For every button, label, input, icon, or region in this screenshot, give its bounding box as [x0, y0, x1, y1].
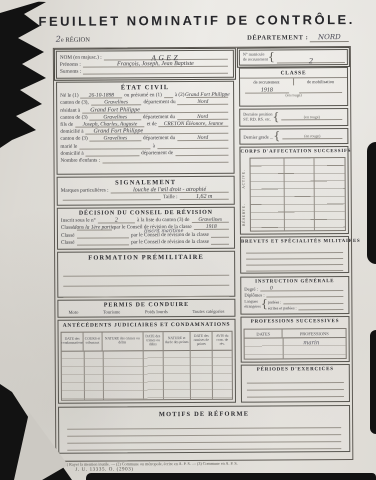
form-frame: NOM (en majusc.) : AGEZ Prénoms : Franço… [56, 49, 350, 459]
professions-section: PROFESSIONS SUCCESSIVES DATES PROFESSION… [240, 316, 349, 363]
derniere-position-brace: { [272, 112, 279, 122]
langues-block: Langues étrangères { parlées : écrites e… [244, 298, 345, 311]
matricule-value: 2 [309, 58, 313, 63]
residant-label: résidant à [60, 107, 80, 113]
marie-a-label: à [153, 143, 155, 149]
dernier-grade-fill [282, 138, 342, 139]
region-label: e RÉGION [61, 37, 90, 44]
residant-value: Grand Fort Philippe [90, 108, 140, 113]
formation-fill1 [63, 268, 229, 277]
classe3-line: Classé par le Conseil de révision de la … [61, 237, 231, 245]
matricule-brace: { [268, 52, 275, 62]
motifs-title: MOTIFS DE RÉFORME [59, 410, 349, 419]
taille-fill: 1,62 m [180, 192, 229, 200]
region-field: 2e RÉGION [56, 35, 90, 44]
langues-lines: parlées : écrites et parlées : [268, 298, 346, 310]
surnoms-label: Surnoms : [60, 69, 81, 75]
fils-label: fils de [60, 122, 73, 128]
classe-recrutement-value: 1918 [261, 88, 273, 93]
permis-categories: Moto Tourisme Poids lourds Toutes catégo… [68, 309, 224, 315]
footnote: (1) Rayer la mention inutile. — (2) Comm… [63, 460, 345, 467]
matricule-label: N° matricule de recrutement [243, 53, 268, 62]
antecedents-header: DATE des condamnations COURS et tribunau… [62, 332, 232, 352]
classe-recrutement-fill: 1918 [245, 84, 289, 93]
classe1-value: dans la 1ère partie [74, 226, 115, 231]
taille-line: Taille : 1,62 m [61, 193, 231, 201]
ne-label: Né le (1) [60, 93, 78, 99]
ant-col-3: NATURE des crimes ou délits [102, 332, 143, 350]
instruction-section: INSTRUCTION GÉNÉRALE Degré : 0 Diplômes … [240, 276, 349, 315]
ant-col-2: COURS et tribunaux [84, 333, 103, 351]
formation-line3 [61, 289, 231, 297]
brevets-line4 [244, 265, 345, 272]
degre-value: 0 [270, 286, 273, 291]
formation-title: FORMATION PRÉMILITAIRE [58, 254, 234, 262]
professions-col-dates: DATES [245, 329, 283, 337]
classe1-fill: dans la 1ère partie [76, 223, 111, 231]
liste-value: Gravelines [198, 218, 222, 223]
matricule-box: N° matricule de recrutement { 2 [239, 49, 348, 66]
matricule-fill: 2 [277, 51, 345, 63]
dept3-value: Nord [197, 136, 208, 141]
domicilie-label: domicilié à [60, 129, 83, 135]
classe3-fill [77, 237, 130, 246]
corps-side-label-reserve: RÉSERVE. [242, 204, 246, 226]
matricule-label-2: de recrutement [243, 58, 268, 63]
canton2-value: Gravelines [103, 115, 127, 120]
profession-entry: marin [303, 340, 319, 346]
torn-edge-right-upper [367, 142, 376, 264]
prenoms-label: Prénoms : [60, 62, 81, 68]
permis-section: PERMIS DE CONDUIRE Moto Tourisme Poids l… [57, 299, 235, 318]
derniere-position-fill [281, 119, 342, 120]
torn-edge-right-lower [370, 330, 376, 434]
classe2-label: Classé [61, 232, 75, 238]
classe-title: CLASSE [240, 70, 347, 77]
formation-line2 [61, 279, 231, 287]
permis-title: PERMIS DE CONDUIRE [58, 302, 234, 309]
brevets-section: BREVETS ET SPÉCIALITÉS MILITAIRES [240, 236, 349, 274]
classe1-label: Classé [61, 225, 75, 231]
dept2-value: Nord [197, 115, 208, 120]
marques-value: louche de l'œil droit - atrophié [133, 188, 206, 193]
classe-note: (en rouge) [240, 93, 347, 98]
canton3-value: Gravelines [104, 137, 128, 142]
motifs-section: MOTIFS DE RÉFORME [58, 405, 350, 454]
nom-value: AGEZ [151, 55, 180, 60]
scanned-document: FEUILLET NOMINATIF DE CONTRÔLE. 2e RÉGIO… [0, 0, 376, 480]
imprint: J. U. 13335. O. (2903) [75, 467, 133, 472]
classe-box: CLASSE de recrutement de mobilisation 19… [239, 67, 348, 107]
departement-value: NORD [310, 33, 349, 42]
dernier-grade-fill-wrap: (en rouge) [280, 134, 344, 139]
ne-value: 26-10-1898 [89, 94, 114, 99]
professions-rows [245, 337, 346, 359]
dernier-grade-brace: { [273, 131, 280, 141]
permis-cat-poids-lourds: Poids lourds [145, 309, 168, 314]
etat-civil-section: ÉTAT CIVIL Né le (1) 26-10-1898 ou présu… [56, 81, 235, 175]
enfants-label: Nombre d'enfants : [60, 157, 100, 163]
taille-label: Taille : [163, 194, 178, 200]
marques-fill2 [63, 192, 161, 201]
mere-value: CRETON Éléonore, Jeanne [164, 122, 223, 127]
corps-table [249, 157, 345, 232]
periodes-line3 [245, 390, 346, 398]
ecrites-fill [299, 303, 344, 310]
departement-label: DÉPARTEMENT : [247, 34, 308, 41]
ant-col-1: DATE des condamnations [62, 333, 84, 351]
ant-col-6: DATE des remises de peines [191, 332, 213, 350]
year3-fill [211, 236, 229, 244]
lieu-fill: Grand Fort Philippe [186, 90, 228, 98]
derniere-position-label: Dernière position ST. RD. RS. etc. [243, 113, 272, 122]
enfants-line: Nombre d'enfants : [60, 155, 230, 163]
decision-section: DÉCISION DU CONSEIL DE RÉVISION Inscrit … [57, 207, 235, 250]
parlees-label: parlées : [268, 299, 281, 304]
identity-box: NOM (en majusc.) : AGEZ Prénoms : Franço… [56, 50, 234, 79]
decision-note: Inscrit maritime [144, 229, 184, 234]
derniere-position-fill-wrap: (en rouge) [279, 115, 344, 120]
langues-label: Langues étrangères [244, 300, 260, 309]
prenoms-value: François, Joseph, Jean Baptiste [117, 62, 194, 67]
ant-col-5: NATURE et durée des peines [164, 332, 191, 350]
lieu-value: Grand Fort Philippe [185, 93, 230, 98]
page-title: FEUILLET NOMINATIF DE CONTRÔLE. [29, 12, 365, 29]
periodes-title: PÉRIODES D'EXERCICES [242, 367, 349, 373]
domicilie-value: Grand Fort Philippe [94, 129, 144, 134]
mere-fill: CRETON Éléonore, Jeanne [159, 119, 229, 128]
classe-recrutement-line: 1918 [243, 85, 291, 93]
ant-col-4: DATE des crimes ou délits [143, 332, 164, 350]
derniere-position-label-2: ST. RD. RS. etc. [243, 117, 272, 122]
corps-side-label-active: ACTIVE. [242, 170, 246, 189]
liste-label: à la liste du canton (3) de [137, 217, 189, 223]
langues-label-2: étrangères [244, 305, 260, 310]
formation-fill3 [63, 288, 229, 297]
classe-mobilisation-fill [299, 84, 343, 93]
inscrit-value: 2 [115, 219, 118, 224]
classe1-year: 1918 [206, 225, 217, 230]
permis-cat-tourisme: Tourisme [103, 309, 120, 314]
corps-section: CORPS D'AFFECTATION SUCCESSIFS ACTIVE. R… [239, 146, 349, 235]
marie-label: marié le [60, 143, 77, 149]
degre-label: Degré : [244, 286, 258, 291]
motifs-fill4 [67, 441, 341, 451]
classe-mobilisation-line [297, 85, 345, 93]
fils-value: Joseph, Charles, Auguste [83, 122, 138, 127]
departement-field: DÉPARTEMENT : NORD [247, 33, 349, 43]
dept1-value: Nord [197, 100, 208, 105]
professions-table: DATES PROFESSIONS marin [244, 328, 347, 360]
presume-fill [164, 90, 173, 98]
brevets-title: BREVETS ET SPÉCIALITÉS MILITAIRES [241, 239, 348, 245]
canton1-value: Gravelines [104, 101, 128, 106]
antecedents-title: ANTÉCÉDENTS JUDICIAIRES ET CONDAMNATIONS [59, 322, 235, 329]
corps-title: CORPS D'AFFECTATION SUCCESSIFS [240, 149, 347, 155]
formation-section: FORMATION PRÉMILITAIRE [57, 251, 235, 298]
formation-fill2 [63, 278, 229, 287]
torn-edge-bottom [86, 473, 376, 480]
fils-fill: Joseph, Charles, Auguste [75, 119, 145, 128]
permis-cat-toutes: Toutes catégories [192, 309, 224, 314]
derniere-position-box: Dernière position ST. RD. RS. etc. { (en… [239, 108, 348, 127]
antecedents-rows [62, 350, 232, 400]
form-document: FEUILLET NOMINATIF DE CONTRÔLE. 2e RÉGIO… [0, 0, 376, 480]
professions-title: PROFESSIONS SUCCESSIVES [241, 319, 348, 325]
dernier-grade-box: Dernier grade ... { (en rouge) [239, 128, 348, 145]
periodes-section: PÉRIODES D'EXERCICES [241, 364, 350, 403]
ne-line: Né le (1) 26-10-1898 ou présumé en (1) à… [60, 91, 230, 99]
surnoms-line: Surnoms : [60, 67, 230, 75]
dernier-grade-label: Dernier grade ... [243, 134, 273, 139]
classe3-label: Classé [61, 239, 75, 245]
formation-line1 [61, 269, 231, 277]
ecrites-line: écrites et parlées : [268, 304, 346, 310]
motifs-line4 [65, 442, 343, 451]
ant-col-7: AVIS du cons. de rév. [213, 332, 232, 350]
enfants-fill [102, 154, 229, 163]
periodes-fill3 [247, 389, 344, 398]
ecrites-label: écrites et parlées : [268, 305, 297, 310]
top-line: 2e RÉGION DÉPARTEMENT : NORD [56, 33, 349, 44]
taille-value: 1,62 m [196, 195, 212, 200]
antecedents-section: ANTÉCÉDENTS JUDICIAIRES ET CONDAMNATIONS… [57, 319, 236, 404]
antecedents-table: DATE des condamnations COURS et tribunau… [61, 331, 233, 401]
permis-cat-moto: Moto [68, 310, 78, 315]
brevets-fill4 [246, 264, 343, 272]
signalement-section: SIGNALEMENT Marques particulières : louc… [57, 176, 235, 206]
langues-brace: { [261, 300, 268, 310]
par3-label: par le Conseil de révision de la classe [131, 239, 209, 245]
domicilie2-label: domicilié à [60, 150, 83, 156]
